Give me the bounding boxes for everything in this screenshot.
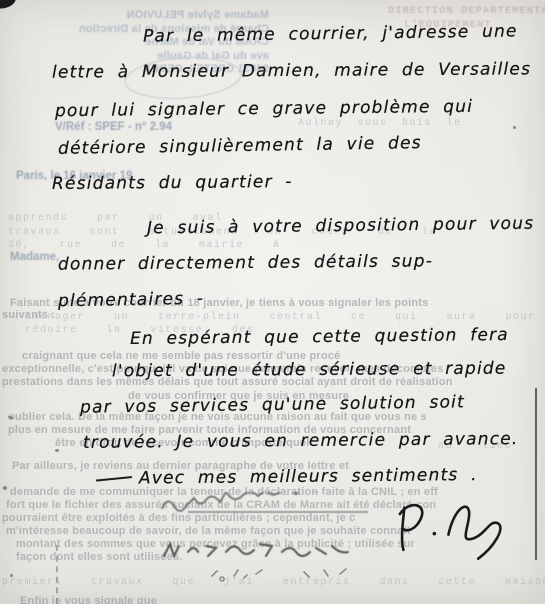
handwritten-line: Par le même courrier, j'adresse une [143, 21, 518, 46]
corner-smudge [0, 0, 17, 9]
ink-speck [513, 126, 516, 129]
bleedthrough-city-date: Aulnay sous bois le 1994 [298, 118, 545, 129]
bleedthrough-body: m'intéresse beaucoup de savoir, de la mê… [6, 525, 411, 537]
handwritten-line: donner directement des détails sup- [58, 251, 433, 274]
bleedthrough-vref: V/Réf : SPEF - n° 2.94 [55, 121, 172, 133]
fold-dashed-line [56, 545, 58, 604]
pen-marks [208, 564, 358, 584]
bleedthrough-body: façon dont elles sont utilisées. [16, 551, 183, 563]
smudged-scrawl [158, 492, 398, 518]
handwritten-line: l'objet d'une étude sérieuse et rapide [112, 359, 507, 382]
ink-speck [10, 574, 13, 577]
signature [385, 483, 530, 573]
handwritten-line: lettre à Monsieur Damien, maire de Versa… [52, 59, 531, 82]
bleedthrough-salutation: Madame, [10, 251, 59, 263]
right-edge-line [535, 388, 537, 560]
handwritten-line: Résidants du quartier - [52, 172, 293, 194]
scanned-letter-page: Madame Sylvie PELUVION Chargé de mission… [0, 0, 545, 604]
handwritten-closing-line: Avec mes meilleurs sentiments . [96, 465, 478, 489]
bleedthrough-body: Enfin je vous signale que [20, 595, 157, 604]
closing-text: Avec mes meilleurs sentiments . [139, 465, 478, 489]
handwritten-line: détériore singulièrement la vie des [58, 133, 422, 159]
smudged-scrawl-bottom [160, 538, 380, 562]
bleedthrough-typed: aménager un terre-plein central ce qui a… [25, 312, 536, 323]
handwritten-line: plémentaires - [58, 289, 205, 312]
handwritten-line: En espérant que cette question fera [130, 325, 509, 349]
bleedthrough-dept-line1: DIRECTION DEPARTEMENTALE [388, 5, 545, 17]
ink-speck [55, 449, 59, 452]
bleedthrough-typed: 30, rue de la mairie à [8, 240, 281, 251]
handwritten-line: trouvée. Je vous en remercie par avance. [83, 429, 519, 453]
ink-speck [3, 486, 7, 490]
bleedthrough-line: Madame Sylvie PELUVION [55, 9, 269, 23]
flourish-dash [96, 476, 132, 482]
handwritten-line: Je suis à votre disposition pour vous [147, 214, 534, 239]
